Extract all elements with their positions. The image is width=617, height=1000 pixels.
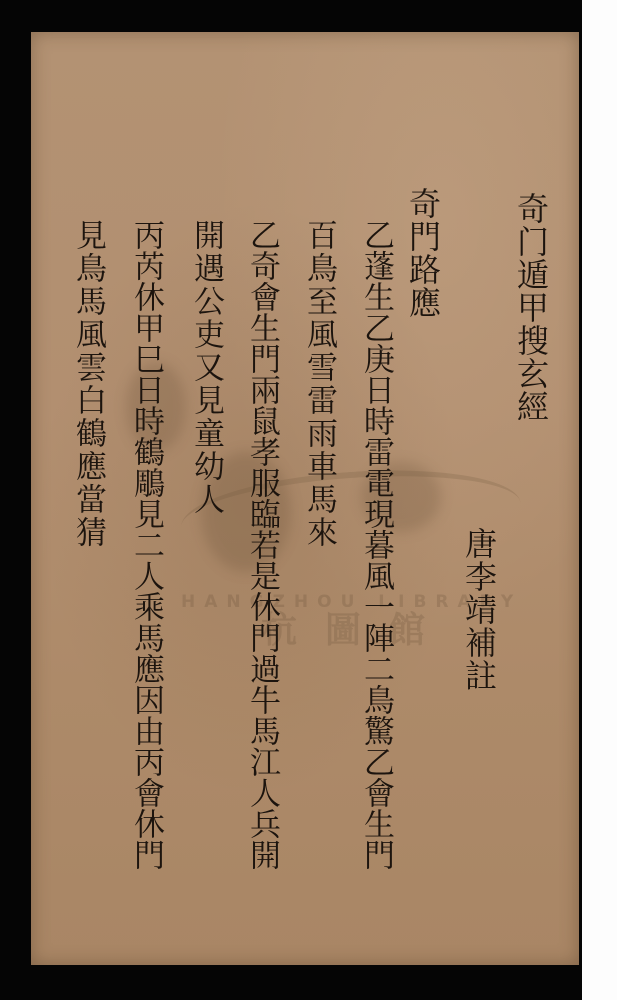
text-column-5: 丙芮休甲巳日時鶴鵰見二人乘馬應因由丙會休門 bbox=[127, 219, 165, 870]
text-column-3: 乙奇會生門兩鼠孝服臨若是休門過牛馬江人兵開 bbox=[243, 219, 281, 870]
right-margin bbox=[582, 0, 617, 1000]
manuscript-page: HANGZHOU LIBRARY 杭圖館 奇门遁甲搜玄經 唐李靖補註 奇門路應 … bbox=[31, 32, 579, 965]
text-column-6: 見鳥馬風雲白鶴應當猜 bbox=[68, 219, 108, 549]
document-title: 奇门遁甲搜玄經 bbox=[511, 192, 551, 423]
attribution: 唐李靖補註 bbox=[459, 527, 499, 692]
section-heading: 奇門路應 bbox=[403, 187, 443, 319]
text-column-2: 百鳥至風雪雷雨車馬來 bbox=[299, 219, 339, 549]
text-column-4: 開遇公吏又見童幼人 bbox=[186, 219, 226, 516]
text-column-1: 乙蓬生乙庚日時雷電現暮風一陣二鳥驚乙會生門 bbox=[357, 219, 395, 870]
